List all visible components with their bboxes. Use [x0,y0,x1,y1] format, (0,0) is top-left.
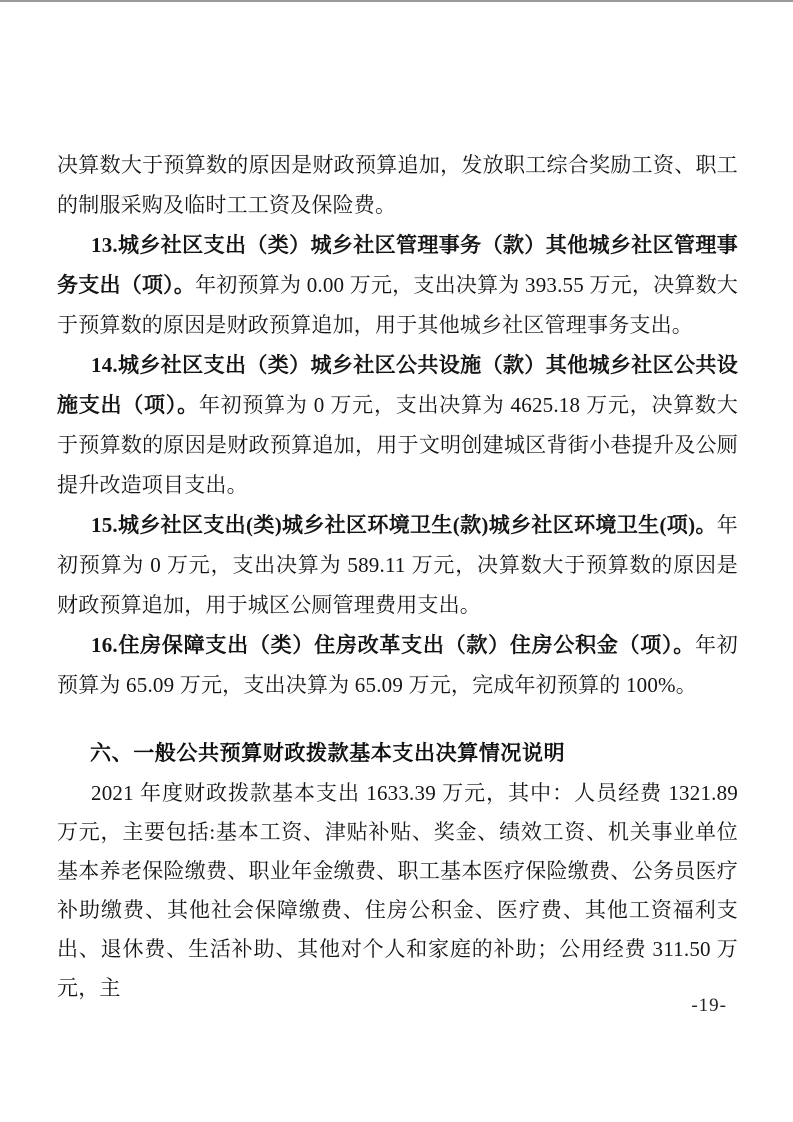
paragraph-item-12-continuation: 决算数大于预算数的原因是财政预算追加，发放职工综合奖励工资、职工的制服采购及临时… [57,145,738,225]
item-16-heading: 16.住房保障支出（类）住房改革支出（款）住房公积金（项）。 [91,633,695,657]
paragraph-item-15: 15.城乡社区支出(类)城乡社区环境卫生(款)城乡社区环境卫生(项)。年初预算为… [57,505,738,625]
document-page: 决算数大于预算数的原因是财政预算追加，发放职工综合奖励工资、职工的制服采购及临时… [0,0,793,1122]
page-number: -19- [691,995,727,1017]
section-six-body-paragraph: 2021 年度财政拨款基本支出 1633.39 万元，其中：人员经费 1321.… [57,774,738,1008]
paragraph-item-13: 13.城乡社区支出（类）城乡社区管理事务（款）其他城乡社区管理事务支出（项）。年… [57,225,738,345]
paragraph-text: 决算数大于预算数的原因是财政预算追加，发放职工综合奖励工资、职工的制服采购及临时… [57,153,738,217]
section-six-body-text: 2021 年度财政拨款基本支出 1633.39 万元，其中：人员经费 1321.… [57,781,738,1000]
item-15-heading: 15.城乡社区支出(类)城乡社区环境卫生(款)城乡社区环境卫生(项)。 [91,513,717,537]
document-text-block: 决算数大于预算数的原因是财政预算追加，发放职工综合奖励工资、职工的制服采购及临时… [57,145,738,1008]
paragraph-item-16: 16.住房保障支出（类）住房改革支出（款）住房公积金（项）。年初预算为 65.0… [57,625,738,705]
paragraph-item-14: 14.城乡社区支出（类）城乡社区公共设施（款）其他城乡社区公共设施支出（项）。年… [57,345,738,505]
section-six-heading: 六、一般公共预算财政拨款基本支出决算情况说明 [57,734,738,774]
